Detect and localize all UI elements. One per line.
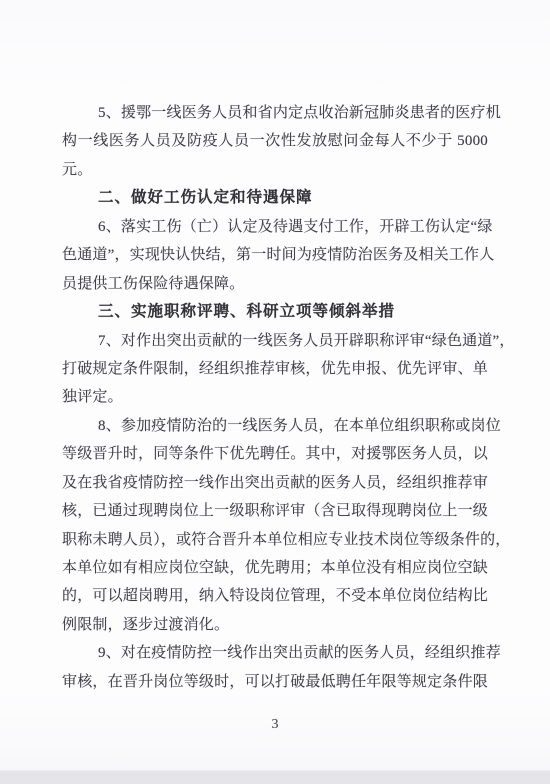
section-heading-3: 三、实施职称评聘、科研立项等倾斜举措 (62, 298, 488, 326)
document-page: 5、援鄂一线医务人员和省内定点收治新冠肺炎患者的医疗机 构一线医务人员及防疫人员… (0, 0, 550, 784)
text-line: 及在我省疫情防控一线作出突出贡献的医务人员，经组织推荐审 (62, 469, 488, 497)
section-heading-2: 二、做好工伤认定和待遇保障 (62, 184, 488, 212)
text-line: 5、援鄂一线医务人员和省内定点收治新冠肺炎患者的医疗机 (62, 99, 488, 127)
text-line: 元。 (62, 156, 488, 184)
section-heading-text: 二、做好工伤认定和待遇保障 (62, 184, 488, 212)
paragraph-item-6: 6、落实工伤（亡）认定及待遇支付工作，开辟工伤认定“绿 色通道”，实现快认快结，… (62, 213, 488, 298)
text-line: 审核，在晋升岗位等级时，可以打破最低聘任年限等规定条件限 (62, 668, 488, 696)
text-line: 等级晋升时，同等条件下优先聘任。其中，对援鄂医务人员，以 (62, 440, 488, 468)
text-line: 员提供工伤保险待遇保障。 (62, 270, 488, 298)
text-line: 9、对在疫情防控一线作出突出贡献的医务人员，经组织推荐 (62, 639, 488, 667)
text-line: 7、对作出突出贡献的一线医务人员开辟职称评审“绿色通道”， (62, 327, 488, 355)
text-line: 的，可以超岗聘用，纳入特设岗位管理，不受本单位岗位结构比 (62, 582, 488, 610)
scan-edge-strip (0, 770, 550, 784)
text-line: 8、参加疫情防治的一线医务人员，在本单位组织职称或岗位 (62, 412, 488, 440)
paragraph-item-7: 7、对作出突出贡献的一线医务人员开辟职称评审“绿色通道”， 打破规定条件限制，经… (62, 327, 488, 412)
text-line: 打破规定条件限制，经组织推荐审核，优先申报、优先评审、单 (62, 355, 488, 383)
text-line: 本单位如有相应岗位空缺，优先聘用；本单位没有相应岗位空缺 (62, 554, 488, 582)
paragraph-item-9: 9、对在疫情防控一线作出突出贡献的医务人员，经组织推荐 审核，在晋升岗位等级时，… (62, 639, 488, 696)
paragraph-item-5: 5、援鄂一线医务人员和省内定点收治新冠肺炎患者的医疗机 构一线医务人员及防疫人员… (62, 99, 488, 184)
text-line: 例限制，逐步过渡消化。 (62, 611, 488, 639)
text-line: 核，已通过现聘岗位上一级职称评审（含已取得现聘岗位上一级 (62, 497, 488, 525)
text-line: 职称未聘人员），或符合晋升本单位相应专业技术岗位等级条件的， (62, 526, 488, 554)
page-number: 3 (0, 715, 550, 735)
text-line: 独评定。 (62, 383, 488, 411)
paragraph-item-8: 8、参加疫情防治的一线医务人员，在本单位组织职称或岗位 等级晋升时，同等条件下优… (62, 412, 488, 640)
section-heading-text: 三、实施职称评聘、科研立项等倾斜举措 (62, 298, 488, 326)
document-body: 5、援鄂一线医务人员和省内定点收治新冠肺炎患者的医疗机 构一线医务人员及防疫人员… (62, 99, 488, 696)
text-line: 色通道”，实现快认快结，第一时间为疫情防治医务及相关工作人 (62, 241, 488, 269)
text-line: 构一线医务人员及防疫人员一次性发放慰问金每人不少于 5000 (62, 127, 488, 155)
text-line: 6、落实工伤（亡）认定及待遇支付工作，开辟工伤认定“绿 (62, 213, 488, 241)
